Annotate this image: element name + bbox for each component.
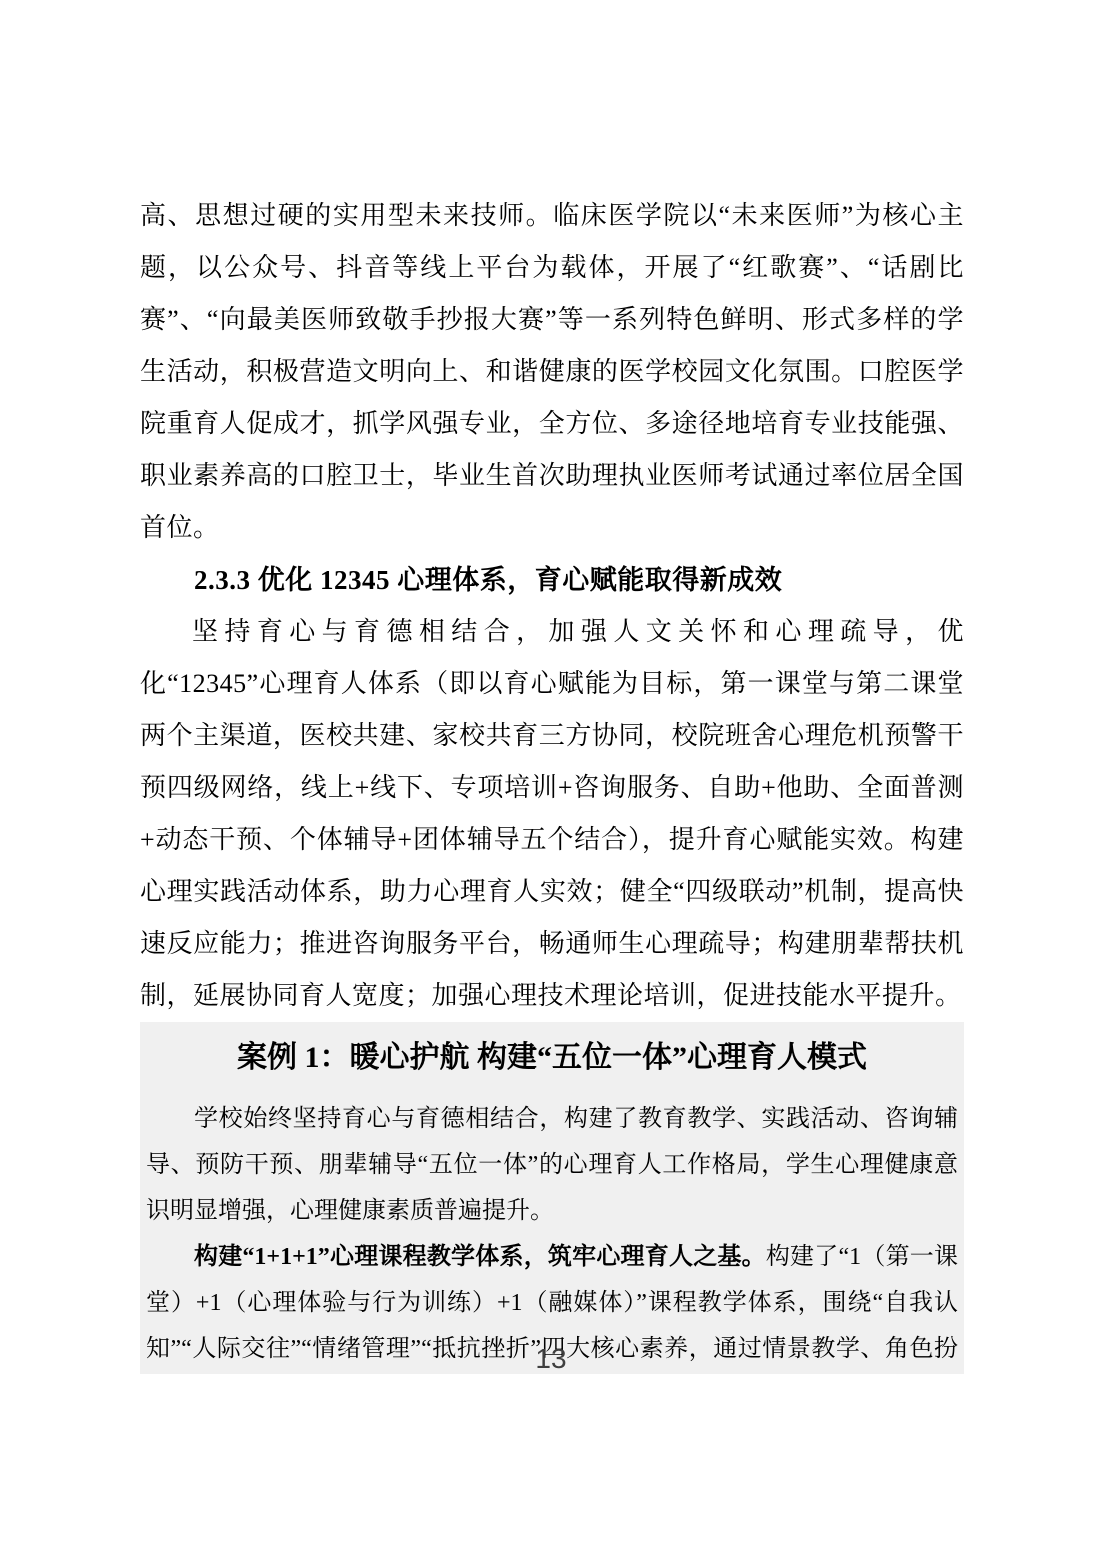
document-body: 高、思想过硬的实用型未来技师。临床医学院以“未来医师”为核心主题，以公众号、抖音… (140, 190, 964, 1374)
case-title: 案例 1：暖心护航 构建“五位一体”心理育人模式 (146, 1036, 958, 1080)
case-paragraph-1: 学校始终坚持育心与育德相结合，构建了教育教学、实践活动、咨询辅导、预防干预、朋辈… (146, 1096, 958, 1234)
document-page: 高、思想过硬的实用型未来技师。临床医学院以“未来医师”为核心主题，以公众号、抖音… (0, 0, 1102, 1559)
case-study-box: 案例 1：暖心护航 构建“五位一体”心理育人模式 学校始终坚持育心与育德相结合，… (140, 1022, 964, 1374)
section-heading-2-3-3: 2.3.3 优化 12345 心理体系，育心赋能取得新成效 (140, 554, 964, 606)
paragraph-continuation: 高、思想过硬的实用型未来技师。临床医学院以“未来医师”为核心主题，以公众号、抖音… (140, 190, 964, 554)
paragraph-psych-system: 坚持育心与育德相结合，加强人文关怀和心理疏导，优化“12345”心理育人体系（即… (140, 606, 964, 1022)
page-number: 13 (0, 1342, 1102, 1376)
case-paragraph-2-lead-bold: 构建“1+1+1”心理课程教学体系，筑牢心理育人之基。 (194, 1244, 766, 1270)
